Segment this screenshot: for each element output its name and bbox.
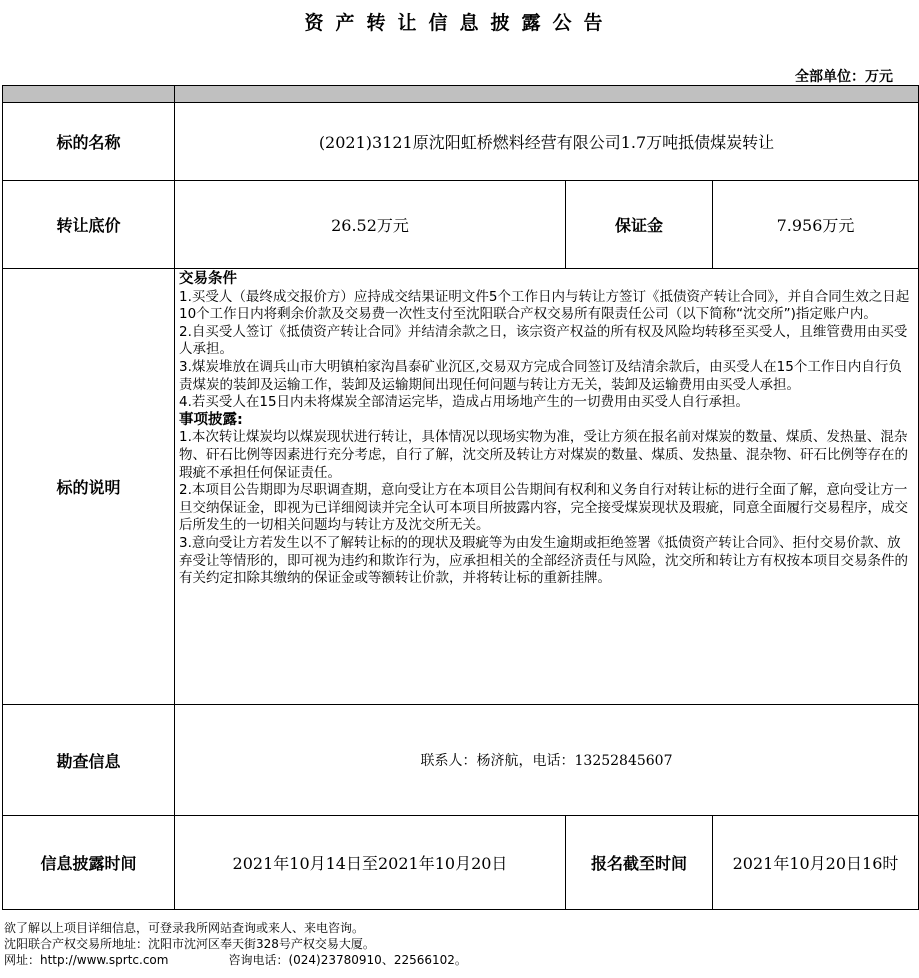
footer-notes: 欲了解以上项目详细信息，可登录我所网站查询或来人、来电咨询。 沈阳联合产权交易所… bbox=[4, 920, 467, 968]
row-description: 标的说明 交易条件 1.买受人（最终成交报价方）应持成交结果证明文件5个工作日内… bbox=[3, 269, 919, 705]
header-cell bbox=[3, 86, 175, 103]
header-row bbox=[3, 86, 919, 103]
section-heading: 交易条件 bbox=[179, 271, 914, 289]
unit-label: 全部单位：万元 bbox=[795, 66, 893, 86]
clause: 1.买受人（最终成交报价方）应持成交结果证明文件5个工作日内与转让方签订《抵债资… bbox=[179, 289, 914, 324]
row-price: 转让底价 26.52万元 保证金 7.956万元 bbox=[3, 181, 919, 269]
footer-line-address: 沈阳联合产权交易所地址：沈阳市沈河区奉天街328号产权交易大厦。 bbox=[4, 936, 467, 952]
clause: 1.本次转让煤炭均以煤炭现状进行转让，具体情况以现场实物为准，受让方须在报名前对… bbox=[179, 429, 914, 482]
disclosure-period: 2021年10月14日至2021年10月20日 bbox=[175, 816, 566, 910]
deadline-value: 2021年10月20日16时 bbox=[713, 816, 919, 910]
phone-info: 咨询电话：(024)23780910、22566102。 bbox=[228, 953, 466, 967]
disclosure-table: 标的名称 (2021)3121原沈阳虹桥燃料经营有限公司1.7万吨抵债煤炭转让 … bbox=[2, 85, 919, 910]
reserve-price-label: 转让底价 bbox=[3, 181, 175, 269]
footer-line-contact: 网址：http://www.sprtc.com咨询电话：(024)2378091… bbox=[4, 952, 467, 968]
website-link[interactable]: 网址：http://www.sprtc.com bbox=[4, 953, 168, 967]
clause: 4.若买受人在15日内未将煤炭全部清运完毕，造成占用场地产生的一切费用由买受人自… bbox=[179, 394, 914, 412]
clause: 2.本项目公告期即为尽职调查期，意向受让方在本项目公告期间有权利和义务自行对转让… bbox=[179, 482, 914, 535]
inspection-contact: 联系人：杨济航，电话：13252845607 bbox=[175, 705, 919, 816]
deadline-label: 报名截至时间 bbox=[566, 816, 713, 910]
reserve-price-value: 26.52万元 bbox=[175, 181, 566, 269]
clause: 3.意向受让方若发生以不了解转让标的的现状及瑕疵等为由发生逾期或拒绝签署《抵债资… bbox=[179, 535, 914, 588]
clause: 2.自买受人签订《抵债资产转让合同》并结清余款之日，该宗资产权益的所有权及风险均… bbox=[179, 324, 914, 359]
page-title: 资产转让信息披露公告 bbox=[0, 8, 919, 35]
inspection-label: 勘查信息 bbox=[3, 705, 175, 816]
deposit-value: 7.956万元 bbox=[713, 181, 919, 269]
disclosure-time-label: 信息披露时间 bbox=[3, 816, 175, 910]
clause: 3.煤炭堆放在调兵山市大明镇柏家沟昌泰矿业沉区,交易双方完成合同签订及结清余款后… bbox=[179, 359, 914, 394]
row-inspection: 勘查信息 联系人：杨济航，电话：13252845607 bbox=[3, 705, 919, 816]
row-asset-name: 标的名称 (2021)3121原沈阳虹桥燃料经营有限公司1.7万吨抵债煤炭转让 bbox=[3, 103, 919, 181]
footer-line-info: 欲了解以上项目详细信息，可登录我所网站查询或来人、来电咨询。 bbox=[4, 920, 467, 936]
description-content: 交易条件 1.买受人（最终成交报价方）应持成交结果证明文件5个工作日内与转让方签… bbox=[175, 269, 919, 705]
header-cell bbox=[175, 86, 919, 103]
asset-name-value: (2021)3121原沈阳虹桥燃料经营有限公司1.7万吨抵债煤炭转让 bbox=[175, 103, 919, 181]
row-disclosure-time: 信息披露时间 2021年10月14日至2021年10月20日 报名截至时间 20… bbox=[3, 816, 919, 910]
deposit-label: 保证金 bbox=[566, 181, 713, 269]
description-label: 标的说明 bbox=[3, 269, 175, 705]
section-heading: 事项披露: bbox=[179, 412, 914, 430]
asset-name-label: 标的名称 bbox=[3, 103, 175, 181]
